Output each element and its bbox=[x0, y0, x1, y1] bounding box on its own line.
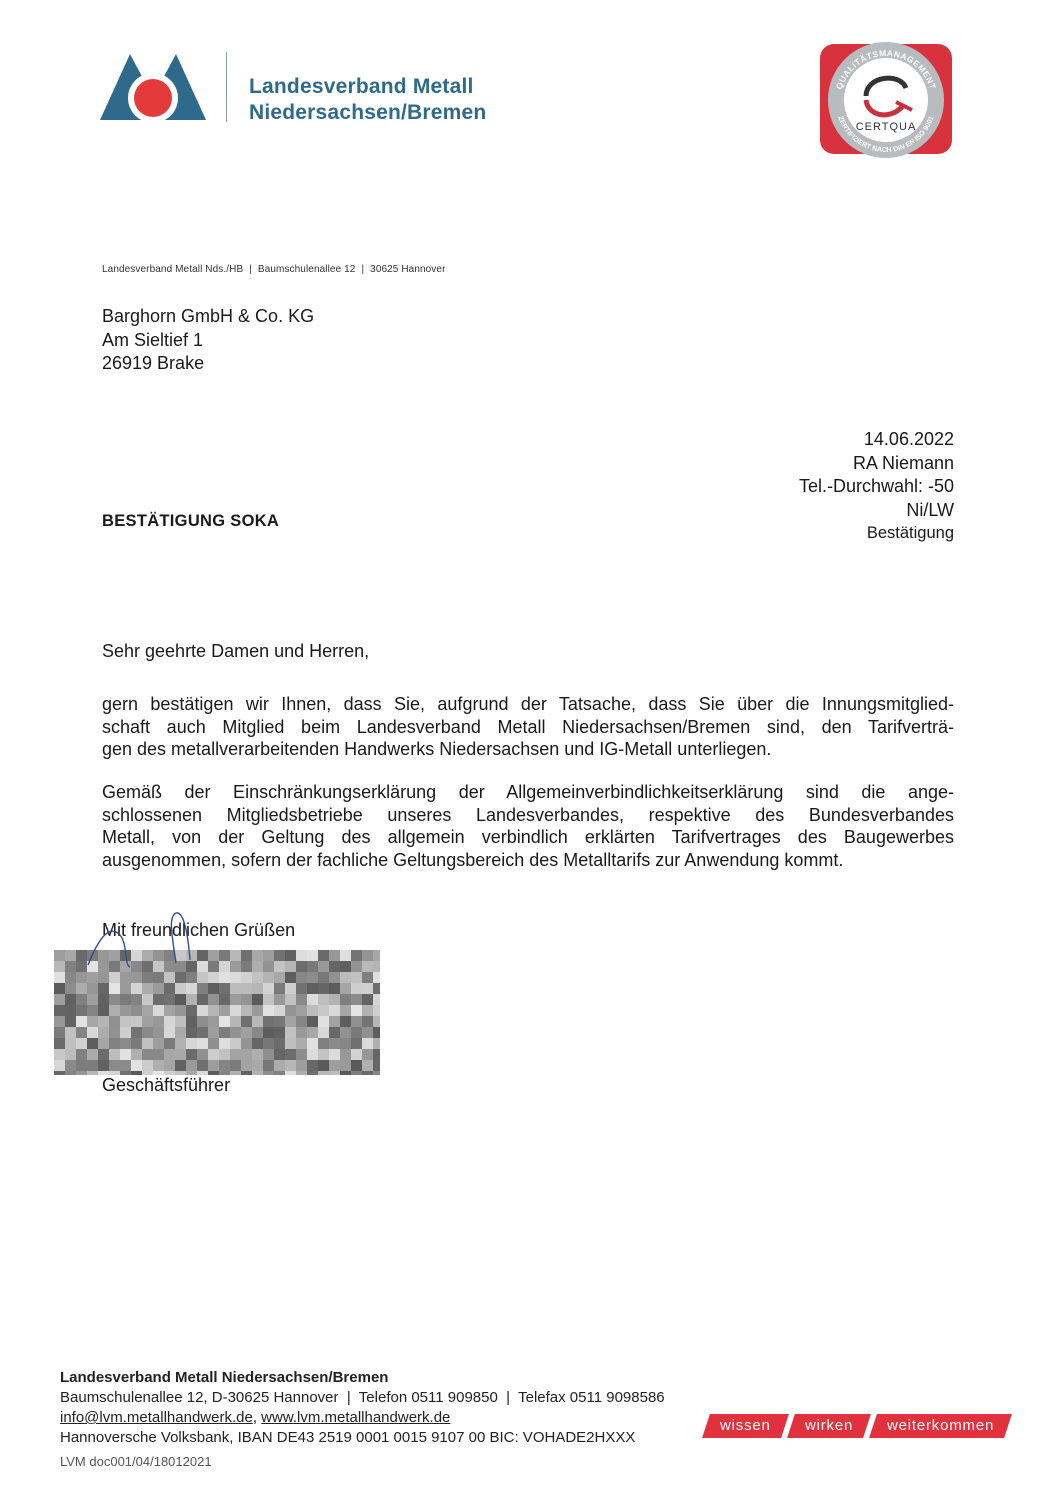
slogan-banner: wissen wirken weiterkommen bbox=[706, 1414, 1008, 1438]
paragraph-line: ausgenommen, sofern der fachliche Geltun… bbox=[102, 849, 954, 872]
letter-subject: BESTÄTIGUNG SOKA bbox=[102, 512, 279, 531]
paragraph-line: schaft auch Mitglied beim Landesverband … bbox=[102, 716, 954, 739]
separator: | bbox=[361, 264, 364, 275]
slogan-wissen: wissen bbox=[702, 1414, 788, 1438]
footer-email-link[interactable]: info@lvm.metallhandwerk.de bbox=[60, 1409, 253, 1426]
organization-logo-icon bbox=[100, 52, 206, 122]
paragraph-line: Metall, von der Geltung des allgemein ve… bbox=[102, 826, 954, 849]
paragraph-line: gen des metallverarbeitenden Handwerks N… bbox=[102, 738, 954, 761]
organization-name: Landesverband Metall Niedersachsen/Breme… bbox=[249, 74, 486, 126]
phone-extension: Tel.-Durchwahl: -50 bbox=[799, 475, 954, 499]
sender-org: Landesverband Metall Nds./HB bbox=[102, 264, 243, 275]
sender-street: Baumschulenallee 12 bbox=[258, 264, 356, 275]
sender-address-line: Landesverband Metall Nds./HB|Baumschulen… bbox=[102, 264, 446, 275]
slogan-weiterkommen: weiterkommen bbox=[869, 1414, 1012, 1438]
slogan-wirken: wirken bbox=[787, 1414, 871, 1438]
reference-code: Ni/LW bbox=[799, 499, 954, 523]
signatory-role: Geschäftsführer bbox=[102, 1075, 230, 1096]
slogan-text: weiterkommen bbox=[887, 1416, 994, 1436]
slogan-text: wissen bbox=[720, 1416, 771, 1436]
footer-bank-details: Hannoversche Volksbank, IBAN DE43 2519 0… bbox=[60, 1428, 665, 1448]
org-name-line1: Landesverband Metall bbox=[249, 74, 486, 100]
letter-date: 14.06.2022 bbox=[799, 428, 954, 452]
footer-website-link[interactable]: www.lvm.metallhandwerk.de bbox=[261, 1409, 450, 1426]
document-reference: LVM doc001/04/18012021 bbox=[60, 1454, 665, 1470]
contact-person: RA Niemann bbox=[799, 452, 954, 476]
separator: | bbox=[249, 264, 252, 275]
letter-info-block: 14.06.2022 RA Niemann Tel.-Durchwahl: -5… bbox=[799, 428, 954, 546]
letter-footer: Landesverband Metall Niedersachsen/Breme… bbox=[60, 1368, 665, 1470]
footer-address: Baumschulenallee 12, D-30625 Hannover | … bbox=[60, 1388, 665, 1408]
document-type: Bestätigung bbox=[799, 522, 954, 546]
certqua-seal-icon: QUALITÄTSMANAGEMENT ZERTIFIZIERT NACH DI… bbox=[818, 38, 954, 160]
paragraph-line: Gemäß der Einschränkungserklärung der Al… bbox=[102, 781, 954, 804]
signature-stroke-icon bbox=[80, 905, 200, 985]
footer-org-name: Landesverband Metall Niedersachsen/Breme… bbox=[60, 1368, 665, 1388]
recipient-address: Barghorn GmbH & Co. KG Am Sieltief 1 269… bbox=[102, 305, 314, 376]
salutation: Sehr geehrte Damen und Herren, bbox=[102, 641, 369, 662]
svg-text:CERTQUA: CERTQUA bbox=[856, 121, 917, 133]
recipient-street: Am Sieltief 1 bbox=[102, 329, 314, 353]
recipient-city: 26919 Brake bbox=[102, 352, 314, 376]
body-paragraph-1: gern bestätigen wir Ihnen, dass Sie, auf… bbox=[102, 693, 954, 761]
org-name-line2: Niedersachsen/Bremen bbox=[249, 100, 486, 126]
logo-divider bbox=[226, 52, 227, 122]
sender-city: 30625 Hannover bbox=[370, 264, 445, 275]
paragraph-line: schlossenen Mitgliedsbetriebe unseres La… bbox=[102, 804, 954, 827]
slogan-text: wirken bbox=[805, 1416, 853, 1436]
paragraph-line: gern bestätigen wir Ihnen, dass Sie, auf… bbox=[102, 693, 954, 716]
body-paragraph-2: Gemäß der Einschränkungserklärung der Al… bbox=[102, 781, 954, 871]
recipient-name: Barghorn GmbH & Co. KG bbox=[102, 305, 314, 329]
